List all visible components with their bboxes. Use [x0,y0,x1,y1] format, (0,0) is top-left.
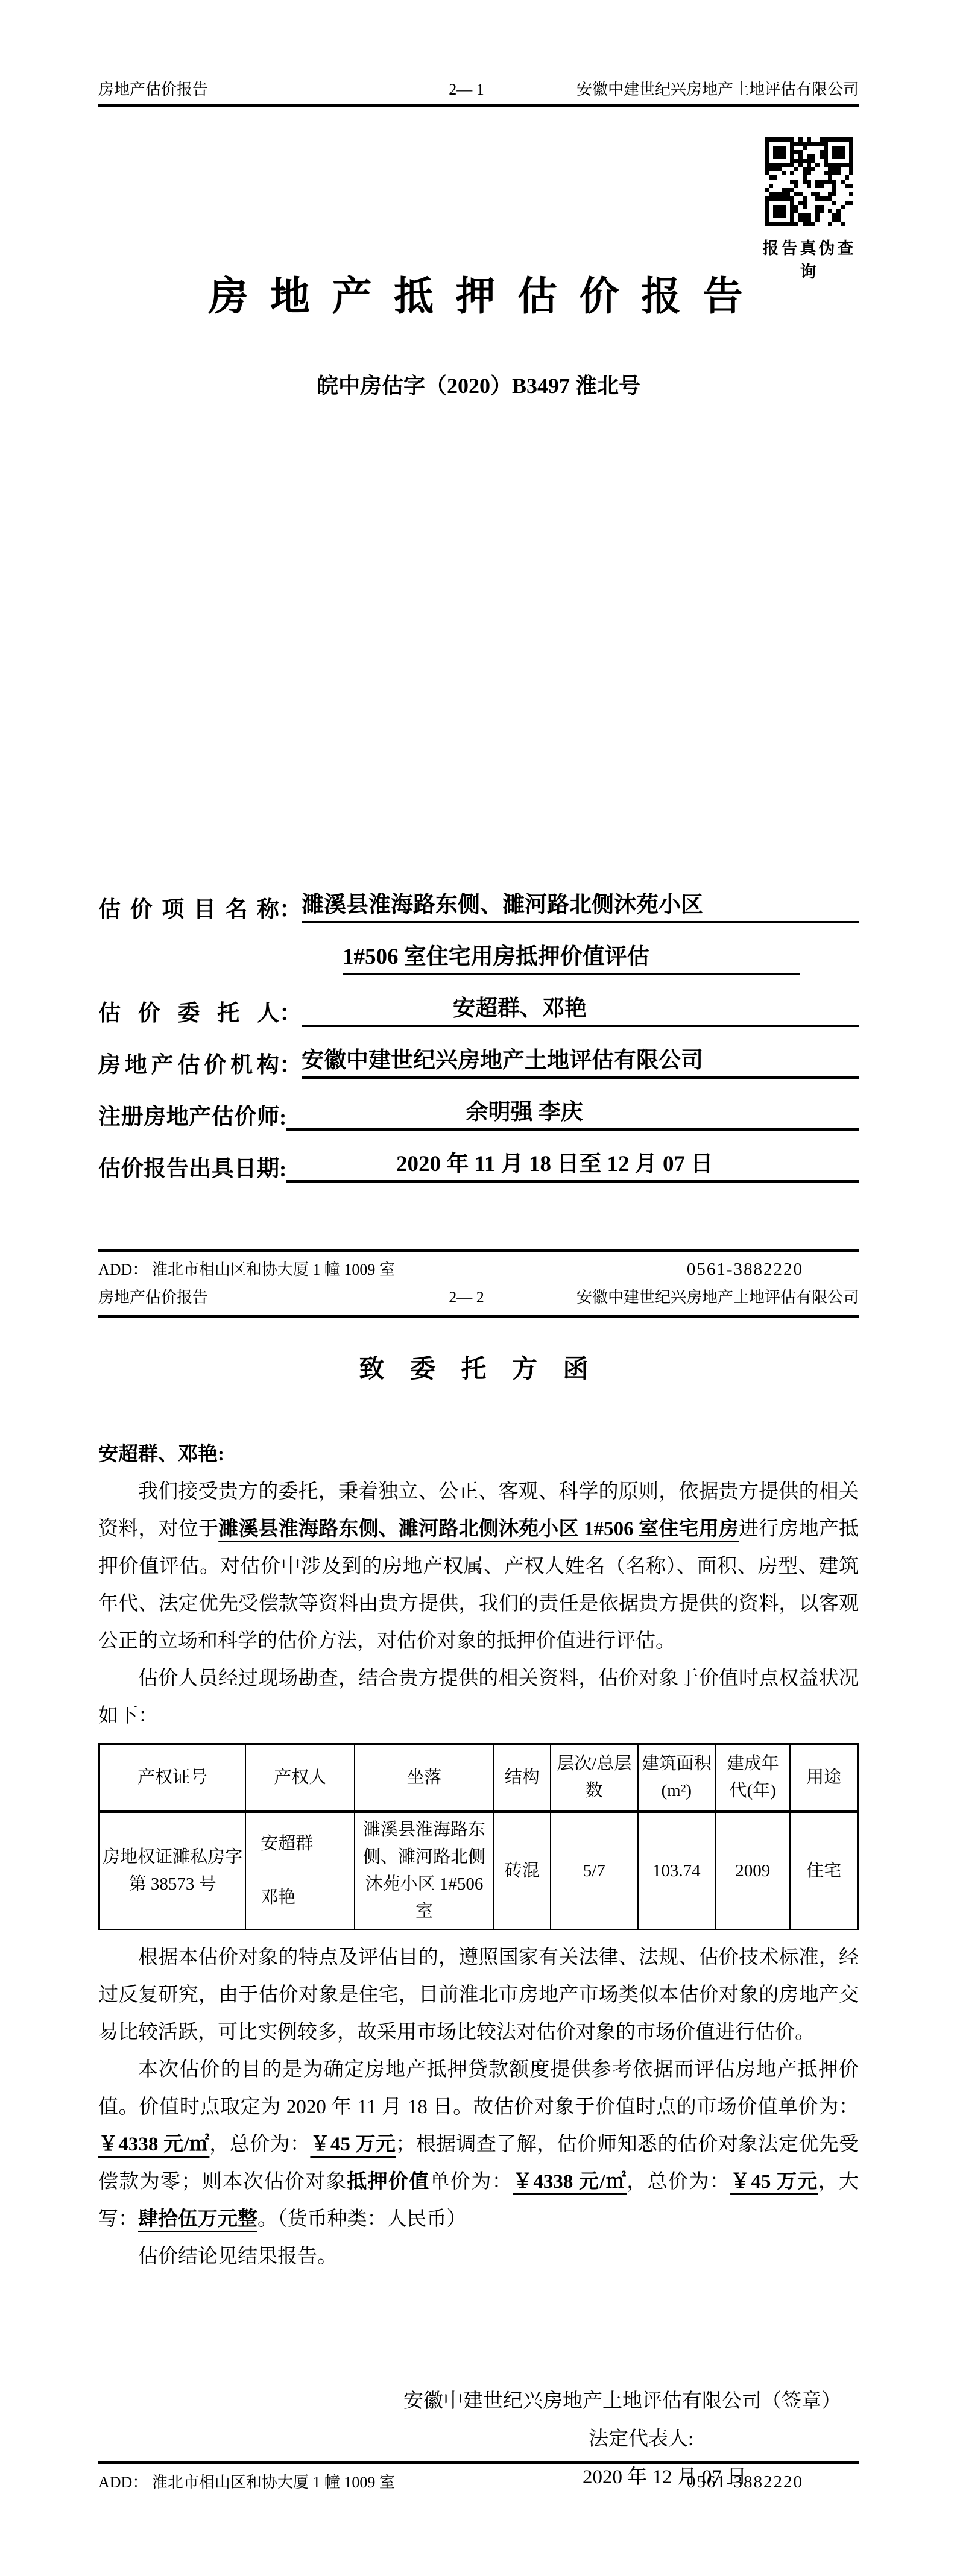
owner-name-1: 安超群 [261,1830,352,1858]
footer-divider [98,2461,859,2464]
page-number: 2— 1 [449,80,508,100]
label-colon: ： [279,1046,302,1079]
price-in-words-value: 肆拾伍万元整 [138,2208,257,2230]
cell-cert-no: 房地权证濉私房字第 38573 号 [99,1812,246,1930]
page1-footer: ADD： 淮北市相山区和协大厦 1 幢 1009 室 0561-3882220 [98,1257,859,1280]
cell-location: 濉溪县淮海路东侧、濉河路北侧沐苑小区 1#506 室 [355,1812,493,1930]
project-name-value-line2: 1#506 室住宅用房抵押价值评估 [343,941,800,975]
footer-phone: 0561-3882220 [687,2472,859,2492]
signature-legal-representative: 法定代表人: [589,2420,859,2458]
col-header-floors: 层次/总层数 [551,1744,638,1812]
label-colon: : [279,1157,286,1183]
footer-phone: 0561-3882220 [687,1260,859,1280]
text-segment: 单价为： [430,2171,513,2193]
running-head-doc-type: 房地产估价报告 [98,1287,449,1308]
form-row-client: 估价委托人： 安超群、邓艳 [98,994,859,1027]
issue-date-value: 2020 年 11 月 18 日至 12 月 07 日 [286,1149,859,1183]
letter-paragraph-2: 估价人员经过现场勘查，结合贵方提供的相关资料，估价对象于价值时点权益状况如下： [98,1660,859,1735]
agency-label: 房地产估价机构 [98,1046,279,1079]
page-number: 2— 2 [449,1287,508,1308]
col-header-owner: 产权人 [245,1744,355,1812]
col-header-year: 建成年代(年) [715,1744,791,1812]
col-header-use: 用途 [790,1744,858,1812]
appraiser-value: 余明强 李庆 [286,1097,859,1131]
form-row-project: 估价项目名称： 濉溪县淮海路东侧、濉河路北侧沐苑小区 [98,891,859,923]
form-row-appraiser: 注册房地产估价师: 余明强 李庆 [98,1098,859,1131]
text-segment: ，总价为： [209,2134,310,2155]
letter-paragraph-5: 估价结论见结果报告。 [98,2238,859,2275]
form-row-issue-date: 估价报告出具日期: 2020 年 11 月 18 日至 12 月 07 日 [98,1150,859,1183]
letter-paragraph-1: 我们接受贵方的委托，秉着独立、公正、客观、科学的原则，依据贵方提供的相关资料，对… [98,1473,859,1660]
col-header-location: 坐落 [355,1744,493,1812]
signature-company: 安徽中建世纪兴房地产土地评估有限公司（签章） [403,2383,859,2420]
salutation: 安超群、邓艳: [98,1436,859,1473]
owner-gap [261,1858,352,1884]
property-rights-table: 产权证号 产权人 坐落 结构 层次/总层数 建筑面积(m²) 建成年代(年) 用… [98,1743,859,1930]
table-header-row: 产权证号 产权人 坐落 结构 层次/总层数 建筑面积(m²) 建成年代(年) 用… [99,1744,858,1812]
cell-owner: 安超群 邓艳 [245,1812,355,1930]
running-head-doc-type: 房地产估价报告 [98,80,449,100]
cover-form: 估价项目名称： 濉溪县淮海路东侧、濉河路北侧沐苑小区 1#506 室住宅用房抵押… [98,891,859,1202]
mortgage-unit-price-value: ￥4338 元/㎡ [513,2171,627,2193]
running-head-company: 安徽中建世纪兴房地产土地评估有限公司 [508,1287,859,1308]
footer-address: ADD： 淮北市相山区和协大厦 1 幢 1009 室 [98,2470,395,2492]
col-header-area: 建筑面积(m²) [638,1744,715,1812]
project-name-label: 估价项目名称 [98,891,279,923]
label-colon: ： [279,994,302,1027]
cell-structure: 砖混 [494,1812,551,1930]
footer-divider [98,1249,859,1252]
page1-running-head: 房地产估价报告 2— 1 安徽中建世纪兴房地产土地评估有限公司 [98,80,859,100]
header-divider [98,1315,859,1318]
appraiser-label: 注册房地产估价师 [98,1098,279,1131]
col-header-cert-no: 产权证号 [99,1744,246,1812]
client-value: 安超群、邓艳 [302,993,859,1027]
text-segment: ，总价为： [627,2171,730,2193]
label-colon: ： [279,891,302,923]
client-label: 估价委托人 [98,994,279,1027]
cell-floors: 5/7 [551,1812,638,1930]
unit-price-value: ￥4338 元/㎡ [98,2134,209,2155]
qr-code [765,137,853,226]
page2-running-head: 房地产估价报告 2— 2 安徽中建世纪兴房地产土地评估有限公司 [98,1287,859,1308]
agency-value: 安徽中建世纪兴房地产土地评估有限公司 [302,1045,859,1079]
letter-paragraph-3: 根据本估价对象的特点及评估目的，遵照国家有关法律、法规、估价技术标准，经过反复研… [98,1939,859,2051]
issue-date-label: 估价报告出具日期 [98,1150,279,1183]
running-head-company: 安徽中建世纪兴房地产土地评估有限公司 [508,80,859,100]
letter-paragraph-4: 本次估价的目的是为确定房地产抵押贷款额度提供参考依据而评估房地产抵押价值。价值时… [98,2051,859,2238]
form-row-agency: 房地产估价机构： 安徽中建世纪兴房地产土地评估有限公司 [98,1046,859,1079]
header-divider [98,104,859,107]
cell-area: 103.74 [638,1812,715,1930]
document-title: 房 地 产 抵 押 估 价 报 告 [0,264,957,321]
letter-body: 安超群、邓艳: 我们接受贵方的委托，秉着独立、公正、客观、科学的原则，依据贵方提… [98,1436,859,2496]
report-document: 房地产估价报告 2— 1 安徽中建世纪兴房地产土地评估有限公司 报告真伪查询 房… [0,0,957,2576]
text-segment: 本次估价的目的是为确定房地产抵押贷款额度提供参考依据而评估房地产抵押价值。价值时… [98,2059,859,2118]
form-row-project-cont: 1#506 室住宅用房抵押价值评估 [343,943,859,975]
cell-use: 住宅 [790,1812,858,1930]
text-segment: 。（货币种类：人民币） [257,2208,467,2230]
letter-title: 致 委 托 方 函 [0,1349,957,1385]
subject-property-emphasis: 濉溪县淮海路东侧、濉河路北侧沐苑小区 1#506 室住宅用房 [218,1518,739,1540]
mortgage-total-price-value: ￥45 万元 [730,2171,818,2193]
owner-name-2: 邓艳 [261,1884,352,1911]
total-price-value: ￥45 万元 [310,2134,396,2155]
project-name-value-line1: 濉溪县淮海路东侧、濉河路北侧沐苑小区 [302,890,859,923]
label-colon: : [279,1105,286,1131]
col-header-structure: 结构 [494,1744,551,1812]
page2-footer: ADD： 淮北市相山区和协大厦 1 幢 1009 室 0561-3882220 [98,2470,859,2492]
document-number: 皖中房估字（2020）B3497 淮北号 [0,369,957,400]
cell-year: 2009 [715,1812,791,1930]
table-row: 房地权证濉私房字第 38573 号 安超群 邓艳 濉溪县淮海路东侧、濉河路北侧沐… [99,1812,858,1930]
footer-address: ADD： 淮北市相山区和协大厦 1 幢 1009 室 [98,1257,395,1280]
mortgage-value-term: 抵押价值 [347,2171,429,2193]
